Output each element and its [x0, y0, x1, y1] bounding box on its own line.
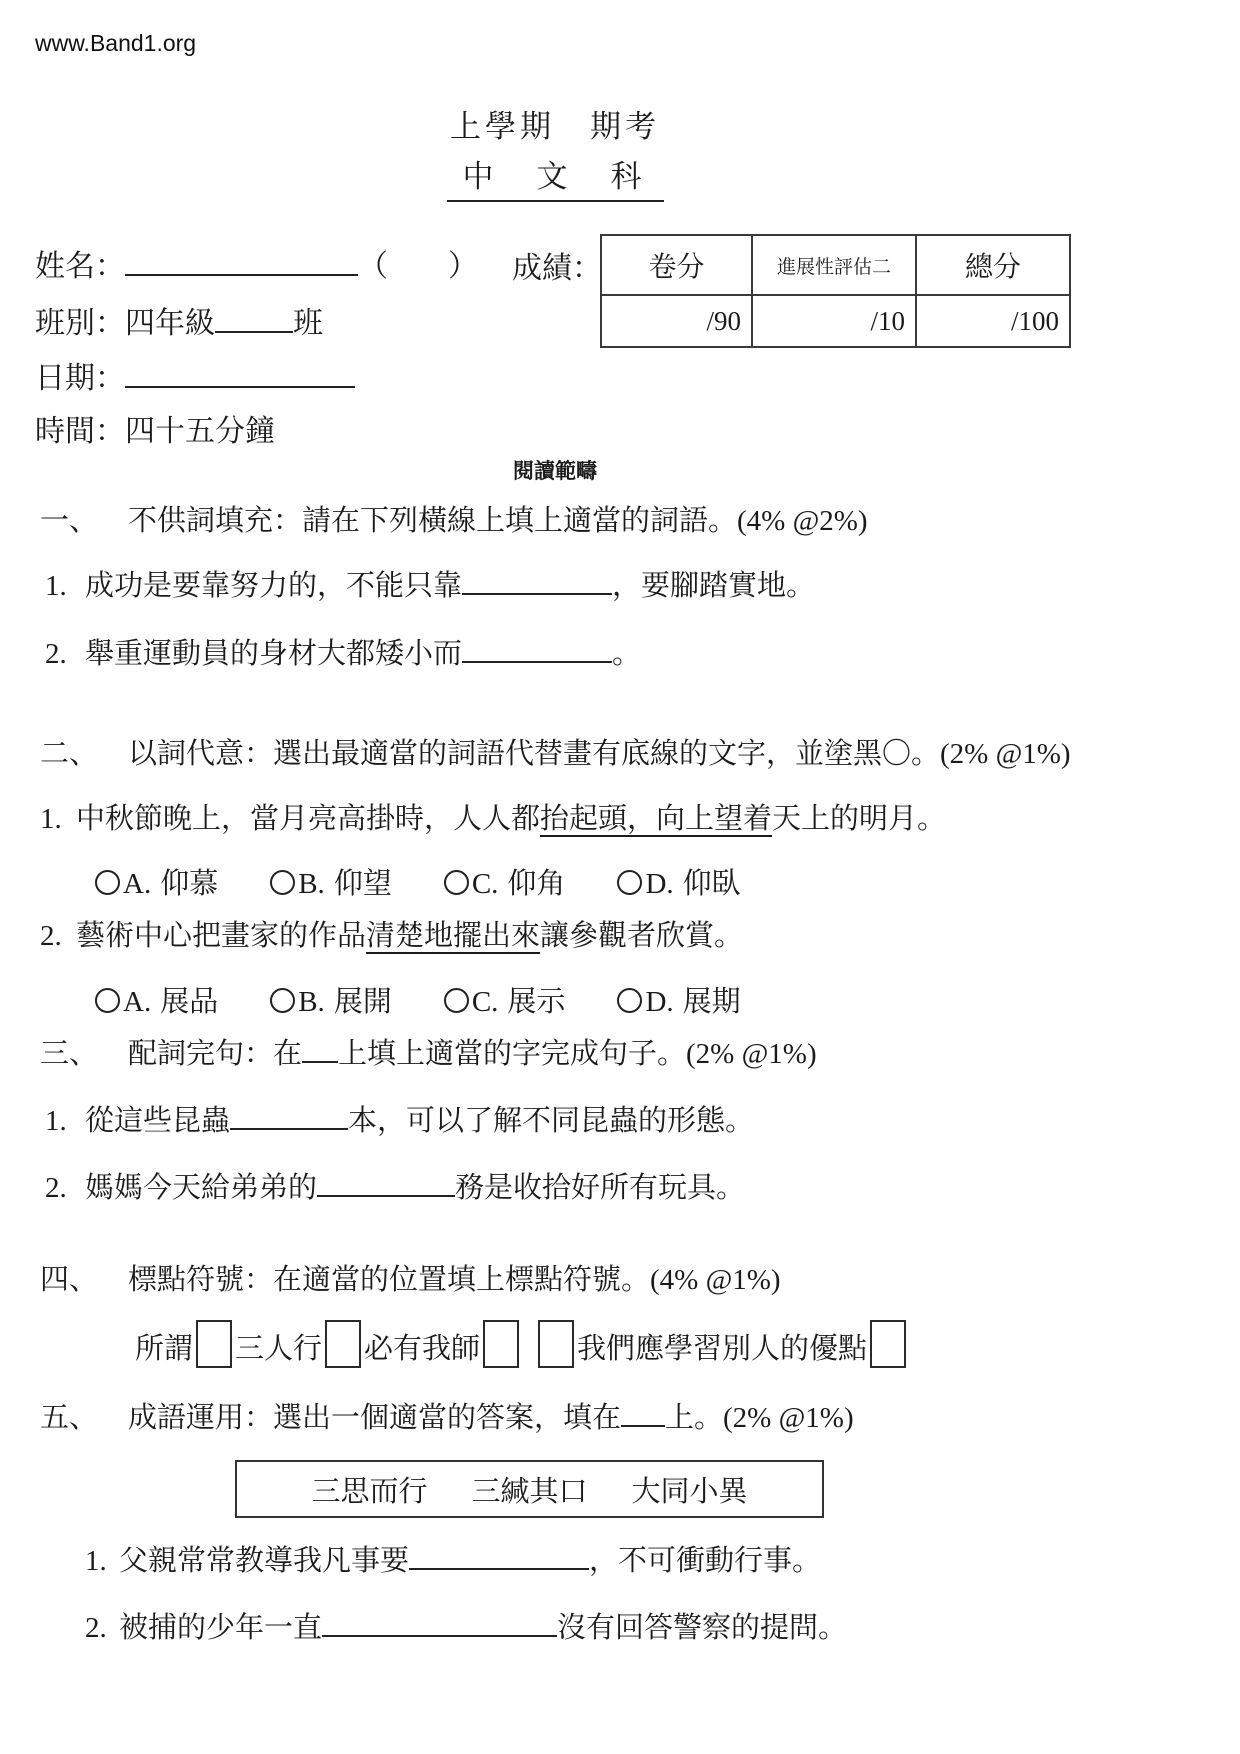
class-label: 班別：	[35, 307, 125, 340]
option-letter: A.	[123, 986, 151, 1018]
name-label: 姓名：	[35, 250, 125, 283]
punctuation-box	[870, 1320, 906, 1368]
option-d: D.仰臥	[617, 866, 740, 902]
option-text: 展品	[160, 986, 218, 1018]
answer-blank	[462, 588, 612, 595]
answer-blank	[322, 1630, 557, 1637]
option-b: B.仰望	[270, 866, 392, 902]
question-number: 1.	[45, 1103, 85, 1139]
option-a: A.展品	[95, 984, 218, 1020]
class-blank	[215, 327, 293, 333]
option-text: 仰望	[334, 868, 392, 900]
section-5-question-2: 2.被捕的少年一直沒有回答警察的提問。	[85, 1610, 847, 1646]
question-number: 2.	[85, 1610, 119, 1646]
underlined-phrase: 清楚地擺出來	[366, 920, 540, 952]
word-bank-box: 三思而行 三緘其口 大同小異	[235, 1460, 824, 1518]
answer-bubble-icon	[95, 988, 120, 1013]
section-2-title: 以詞代意：選出最適當的詞語代替畫有底線的文字，並塗黑〇。(2% @1%)	[128, 738, 1071, 770]
word-bank-item: 三思而行	[311, 1469, 427, 1510]
punctuation-box	[325, 1320, 361, 1368]
name-paren: （ ）	[358, 250, 478, 283]
section-5-question-1: 1.父親常常教導我凡事要，不可衝動行事。	[85, 1543, 821, 1579]
punctuation-box	[538, 1320, 574, 1368]
exam-title: 上學期 期考	[0, 108, 1110, 147]
answer-blank	[462, 656, 612, 663]
section-1-question-2: 2.舉重運動員的身材大都矮小而。	[45, 636, 641, 672]
section-3-question-2: 2.媽媽今天給弟弟的務是收拾好所有玩具。	[45, 1170, 745, 1206]
class-grade: 四年級	[125, 307, 215, 340]
score-value-row: /90 /10 /100	[601, 295, 1070, 347]
question-number: 2.	[45, 1170, 85, 1206]
question-text: 本，可以了解不同昆蟲的形態。	[348, 1105, 754, 1137]
question-number: 2.	[45, 636, 85, 672]
name-blank	[125, 270, 358, 276]
section-3-number: 三、	[40, 1036, 128, 1072]
option-a: A.仰慕	[95, 866, 218, 902]
word-bank-item: 三緘其口	[471, 1469, 587, 1510]
sentence-segment: 所謂	[135, 1333, 193, 1365]
question-text: 被捕的少年一直	[119, 1612, 322, 1644]
sentence-segment: 必有我師	[364, 1333, 480, 1365]
question-text: 。	[612, 638, 641, 670]
answer-bubble-icon	[617, 870, 642, 895]
score-col-total: 總分	[916, 235, 1070, 295]
option-letter: C.	[472, 868, 499, 900]
question-number: 1.	[45, 568, 85, 604]
underlined-phrase: 抬起頭，向上望着	[540, 803, 772, 835]
section-4-number: 四、	[40, 1262, 128, 1298]
option-text: 仰角	[507, 868, 565, 900]
question-text: 成功是要靠努力的，不能只靠	[85, 570, 462, 602]
answer-blank	[230, 1123, 348, 1130]
option-c: C.仰角	[444, 866, 566, 902]
option-text: 仰臥	[683, 868, 741, 900]
section-1-question-1: 1.成功是要靠努力的，不能只靠，要腳踏實地。	[45, 568, 815, 604]
question-text: 從這些昆蟲	[85, 1105, 230, 1137]
section-3-header: 三、配詞完句：在上填上適當的字完成句子。(2% @1%)	[40, 1036, 817, 1072]
option-letter: A.	[123, 868, 151, 900]
score-table: 卷分 進展性評估二 總分 /90 /10 /100	[600, 234, 1071, 348]
sentence-segment: 我們應學習別人的優點	[577, 1333, 867, 1365]
section-3-title: 配詞完句：在	[128, 1038, 302, 1070]
score-label: 成績：	[512, 250, 602, 288]
question-text: 藝術中心把畫家的作品	[76, 920, 366, 952]
punctuation-box	[483, 1320, 519, 1368]
option-b: B.展開	[270, 984, 392, 1020]
section-5-title: 成語運用：選出一個適當的答案，填在	[128, 1402, 621, 1434]
time-label: 時間：	[35, 415, 125, 448]
sentence-segment: 三人行	[235, 1333, 322, 1365]
section-4-title: 標點符號：在適當的位置填上標點符號。(4% @1%)	[128, 1264, 781, 1296]
site-watermark: www.Band1.org	[35, 30, 196, 57]
section-5-header: 五、成語運用：選出一個適當的答案，填在上。(2% @1%)	[40, 1400, 854, 1436]
class-row: 班別：四年級班	[35, 305, 323, 343]
date-row: 日期：	[35, 360, 355, 398]
option-letter: C.	[472, 986, 499, 1018]
section-4-header: 四、標點符號：在適當的位置填上標點符號。(4% @1%)	[40, 1262, 781, 1298]
section-2-question-1: 1.中秋節晚上，當月亮高掛時，人人都抬起頭，向上望着天上的明月。	[40, 801, 946, 837]
question-text: 中秋節晚上，當月亮高掛時，人人都	[76, 803, 540, 835]
class-suffix: 班	[293, 307, 323, 340]
section-1-title: 不供詞填充：請在下列橫線上填上適當的詞語。(4% @2%)	[128, 505, 868, 537]
date-blank	[125, 382, 355, 388]
section-2-q2-options: A.展品 B.展開 C.展示 D.展期	[95, 984, 741, 1020]
question-text: ，不可衝動行事。	[589, 1545, 821, 1577]
answer-bubble-icon	[270, 870, 295, 895]
answer-bubble-icon	[617, 988, 642, 1013]
date-label: 日期：	[35, 362, 125, 395]
section-2-number: 二、	[40, 736, 128, 772]
exam-subject-text: 中 文 科	[447, 159, 664, 202]
score-col-assessment: 進展性評估二	[752, 235, 916, 295]
answer-bubble-icon	[444, 988, 469, 1013]
option-d: D.展期	[617, 984, 740, 1020]
option-c: C.展示	[444, 984, 566, 1020]
question-text: 父親常常教導我凡事要	[119, 1545, 409, 1577]
option-text: 展期	[683, 986, 741, 1018]
score-header-row: 卷分 進展性評估二 總分	[601, 235, 1070, 295]
section-1-header: 一、不供詞填充：請在下列橫線上填上適當的詞語。(4% @2%)	[40, 503, 868, 539]
section-5-title: 上。(2% @1%)	[665, 1402, 854, 1434]
question-text: 媽媽今天給弟弟的	[85, 1172, 317, 1204]
section-5-number: 五、	[40, 1400, 128, 1436]
option-text: 仰慕	[160, 868, 218, 900]
exam-paper-page: www.Band1.org 上學期 期考 中 文 科 姓名：（ ） 班別：四年級…	[0, 0, 1240, 1754]
time-value: 四十五分鐘	[125, 415, 275, 448]
section-3-question-1: 1.從這些昆蟲本，可以了解不同昆蟲的形態。	[45, 1103, 754, 1139]
category-heading: 閱讀範疇	[0, 458, 1110, 484]
score-col-paper: 卷分	[601, 235, 752, 295]
option-letter: B.	[298, 868, 325, 900]
inline-blank	[621, 1420, 665, 1427]
section-2-header: 二、以詞代意：選出最適當的詞語代替畫有底線的文字，並塗黑〇。(2% @1%)	[40, 736, 1071, 772]
section-1-number: 一、	[40, 503, 128, 539]
question-text: 讓參觀者欣賞。	[540, 920, 743, 952]
punctuation-exercise-line: 所謂三人行必有我師我們應學習別人的優點	[135, 1320, 909, 1368]
score-assessment-value: /10	[752, 295, 916, 347]
score-total-value: /100	[916, 295, 1070, 347]
option-text: 展示	[507, 986, 565, 1018]
question-number: 1.	[85, 1543, 119, 1579]
section-2-q1-options: A.仰慕 B.仰望 C.仰角 D.仰臥	[95, 866, 741, 902]
option-text: 展開	[334, 986, 392, 1018]
answer-blank	[317, 1190, 455, 1197]
option-letter: D.	[645, 986, 673, 1018]
answer-bubble-icon	[95, 870, 120, 895]
answer-bubble-icon	[270, 988, 295, 1013]
time-row: 時間：四十五分鐘	[35, 413, 275, 451]
inline-blank	[302, 1056, 338, 1063]
name-row: 姓名：（ ）	[35, 248, 478, 286]
question-text: 沒有回答警察的提問。	[557, 1612, 847, 1644]
option-letter: D.	[645, 868, 673, 900]
exam-subject: 中 文 科	[0, 158, 1110, 197]
answer-blank	[409, 1563, 589, 1570]
score-paper-value: /90	[601, 295, 752, 347]
word-bank-item: 大同小異	[632, 1469, 748, 1510]
question-text: ，要腳踏實地。	[612, 570, 815, 602]
question-number: 2.	[40, 918, 76, 954]
punctuation-box	[196, 1320, 232, 1368]
question-text: 舉重運動員的身材大都矮小而	[85, 638, 462, 670]
section-3-title: 上填上適當的字完成句子。(2% @1%)	[338, 1038, 817, 1070]
question-text: 天上的明月。	[772, 803, 946, 835]
question-text: 務是收拾好所有玩具。	[455, 1172, 745, 1204]
question-number: 1.	[40, 801, 76, 837]
option-letter: B.	[298, 986, 325, 1018]
section-2-question-2: 2.藝術中心把畫家的作品清楚地擺出來讓參觀者欣賞。	[40, 918, 743, 954]
answer-bubble-icon	[444, 870, 469, 895]
